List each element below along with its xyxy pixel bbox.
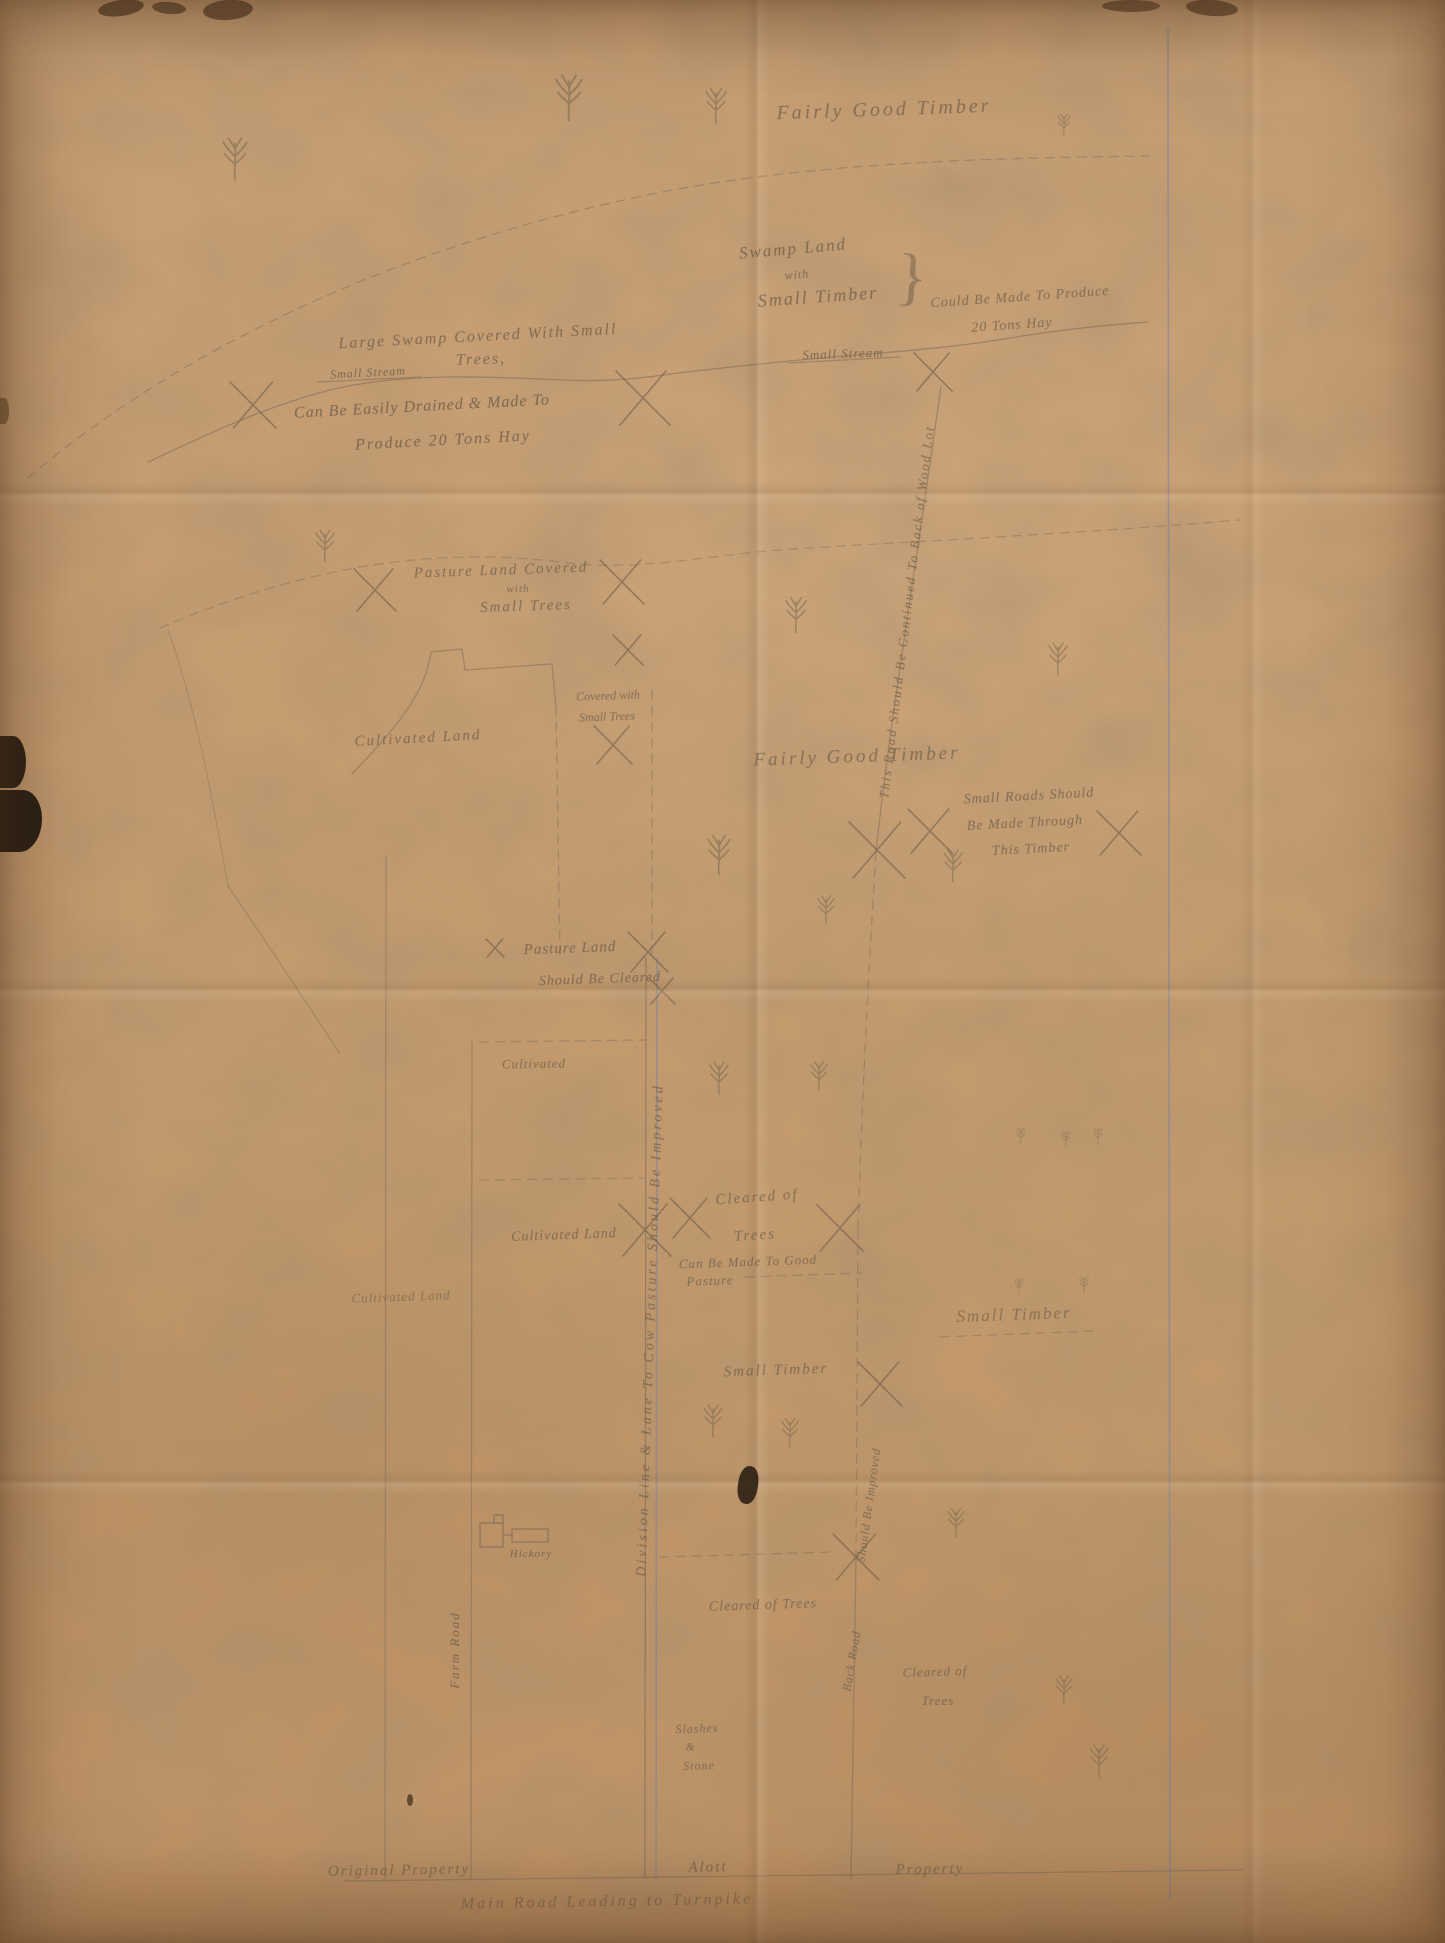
label-division-line-lane: Division Line & Lane To Cow Pasture Shou… <box>634 1083 667 1577</box>
label-covered-with: Covered with <box>576 687 640 704</box>
label-small-roads-line3: This Timber <box>991 840 1070 860</box>
label-small-roads-line1: Small Roads Should <box>963 786 1094 809</box>
label-trees-2: Trees <box>733 1226 776 1246</box>
label-small-timber-swamp: Small Timber <box>757 282 879 311</box>
label-should-be-improved: Should Be Improved <box>854 1447 885 1563</box>
label-hickory: Hickory <box>510 1548 552 1560</box>
label-cultivated-land-left: Cultivated Land <box>351 1287 451 1306</box>
map-annotations: Fairly Good TimberSwamp LandwithSmall Ti… <box>0 0 1445 1943</box>
label-cultivated: Cultivated <box>502 1055 566 1072</box>
label-slashes: Slashes <box>675 1721 718 1737</box>
label-small-trees-2: Small Trees <box>579 709 635 726</box>
label-pasture-land-2: Pasture Land <box>523 939 616 959</box>
label-farm-road: Farm Road <box>447 1611 463 1689</box>
label-large-swamp: Large Swamp Covered With Small <box>338 321 618 354</box>
label-pasture: Pasture <box>686 1272 733 1290</box>
label-cultivated-land-mid: Cultivated Land <box>511 1226 617 1246</box>
label-cleared-of-trees: Cleared of Trees <box>709 1596 818 1616</box>
label-small-roads-line2: Be Made Through <box>966 813 1083 835</box>
label-back-road: Back Road <box>839 1630 864 1693</box>
label-pasture-land-covered: Pasture Land Covered <box>413 559 588 582</box>
label-can-be-made-good: Can Be Made To Good <box>679 1252 818 1273</box>
label-with-2: with <box>506 583 529 596</box>
label-original-property: Original Property <box>328 1861 470 1880</box>
label-can-be-easily-drained: Can Be Easily Drained & Made To <box>294 391 551 422</box>
label-trees-comma: Trees, <box>456 350 507 370</box>
label-brace: } <box>894 239 930 315</box>
label-produce-20-tons-hay: Produce 20 Tons Hay <box>355 427 532 454</box>
label-small-timber-right: Small Timber <box>956 1303 1072 1327</box>
label-with-1: with <box>784 266 810 283</box>
label-should-be-cleared: Should Be Cleared <box>539 970 662 990</box>
label-alott: Alott <box>688 1859 727 1877</box>
label-cleared-of-2: Cleared of <box>902 1663 967 1681</box>
label-small-timber-center: Small Timber <box>724 1361 829 1382</box>
label-fairly-good-timber-mid: Fairly Good Timber <box>753 742 961 771</box>
label-cleared-of: Cleared of <box>715 1187 799 1210</box>
label-small-trees-1: Small Trees <box>480 597 572 617</box>
label-small-stream-right: Small Stream <box>802 345 884 364</box>
label-swamp-land: Swamp Land <box>738 234 848 263</box>
label-ampersand: & <box>685 1740 694 1755</box>
label-property: Property <box>895 1861 964 1879</box>
label-fairly-good-timber-top: Fairly Good Timber <box>776 95 992 125</box>
map-sheet: Fairly Good TimberSwamp LandwithSmall Ti… <box>0 0 1445 1943</box>
label-20-tons-hay-right: 20 Tons Hay <box>971 315 1053 337</box>
label-cultivated-land-upper: Cultivated Land <box>354 727 482 751</box>
label-main-road: Main Road Leading to Turnpike <box>461 1890 754 1913</box>
label-small-stream-left: Small Stream <box>330 364 407 383</box>
label-trees-3: Trees <box>922 1693 955 1709</box>
label-could-be-made-to-produce: Could Be Made To Produce <box>930 284 1110 312</box>
label-stone: Stone <box>683 1758 715 1774</box>
